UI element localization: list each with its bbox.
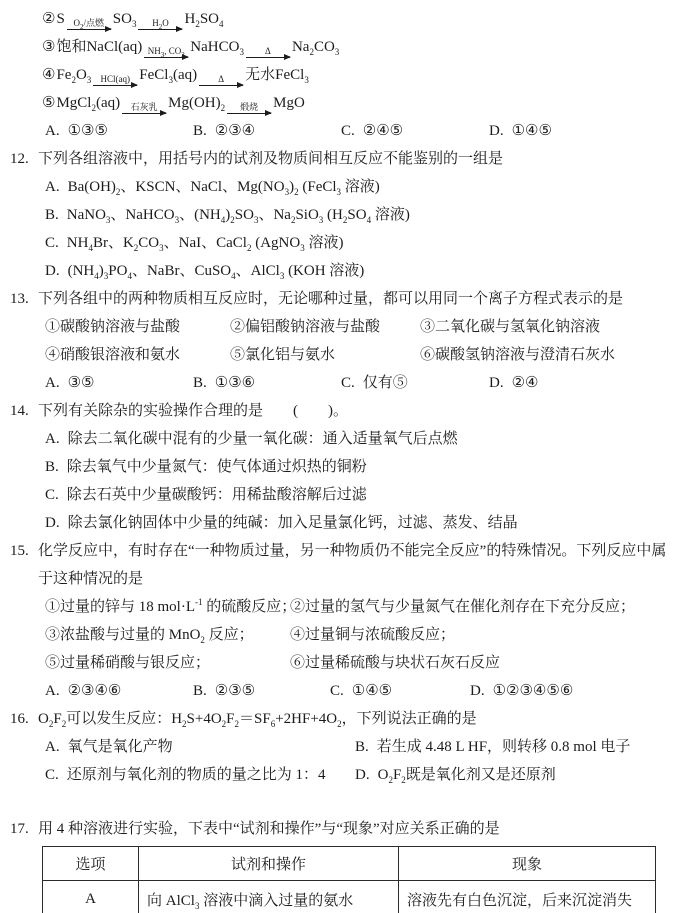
option: D.①④⑤ (489, 117, 667, 145)
reaction-arrow: O2/点燃 (67, 18, 111, 30)
option: A.②③④⑥ (45, 677, 193, 705)
arrow-condition-label: 煅烧 (237, 102, 261, 112)
items-row: B.除去氧气中少量氮气：使气体通过炽热的铜粉 (38, 453, 667, 481)
list-item: ①过量的锌与 18 mol·L-1 的硫酸反应； (45, 593, 290, 621)
option-text: NaNO3、NaHCO3、(NH4)2SO3、Na2SiO3 (H2SO4 溶液… (67, 207, 410, 223)
question-text: 下列各组溶液中，用括号内的试剂及物质间相互反应不能鉴别的一组是 (38, 151, 503, 167)
option-label: D. (355, 767, 370, 783)
equation-number: ② (42, 11, 55, 27)
option: C.②④⑤ (341, 117, 489, 145)
option: D.(NH4)3PO4、NaBr、CuSO4、AlCl3 (KOH 溶液) (45, 257, 667, 285)
option-text: ②③⑤ (215, 683, 255, 699)
arrow-shaft (138, 29, 182, 30)
option-label: B. (193, 123, 207, 139)
arrow-condition-label: H2O (149, 18, 172, 28)
equation-number: ③ (42, 39, 55, 55)
question-text: 下列各组中的两种物质相互反应时，无论哪种过量，都可以用同一个离子方程式表示的是 (38, 291, 623, 307)
question: 12.下列各组溶液中，用括号内的试剂及物质间相互反应不能鉴别的一组是A.Ba(O… (10, 145, 667, 285)
equation-number: ⑤ (42, 95, 55, 111)
option: C.仅有⑤ (341, 369, 489, 397)
option: C.还原剂与氧化剂的物质的量之比为 1：4 (45, 761, 355, 789)
arrow-shaft (227, 113, 271, 114)
list-item: ④硝酸银溶液和氨水 (45, 341, 230, 369)
option-label: A. (45, 375, 60, 391)
option-text: ②④ (512, 375, 539, 391)
option-text: Ba(OH)2、KSCN、NaCl、Mg(NO3)2 (FeCl3 溶液) (68, 179, 380, 195)
question: 17.用 4 种溶液进行实验，下表中“试剂和操作”与“现象”对应关系正确的是选项… (10, 815, 667, 913)
questions-block: 12.下列各组溶液中，用括号内的试剂及物质间相互反应不能鉴别的一组是A.Ba(O… (10, 145, 667, 913)
reaction-arrow: Δ (199, 74, 243, 86)
items-row: C.除去石英中少量碳酸钙：用稀盐酸溶解后过滤 (38, 481, 667, 509)
table-cell: A (43, 881, 139, 913)
question-number: 16. (10, 705, 37, 733)
chemical-formula: MgCl2(aq) (56, 95, 120, 111)
items-row: A.③⑤B.①③⑥C.仅有⑤D.②④ (38, 369, 667, 397)
chemical-formula: 无水FeCl3 (245, 67, 309, 83)
items-row: C.NH4Br、K2CO3、NaI、CaCl2 (AgNO3 溶液) (38, 229, 667, 257)
option-text: 还原剂与氧化剂的物质的量之比为 1：4 (67, 767, 326, 783)
question-number: 14. (10, 397, 37, 425)
option-text: ①③⑤ (68, 123, 108, 139)
items-row: B.NaNO3、NaHCO3、(NH4)2SO3、Na2SiO3 (H2SO4 … (38, 201, 667, 229)
option-text: ①④⑤ (352, 683, 392, 699)
option-label: A. (45, 431, 60, 447)
option-label: C. (45, 487, 59, 503)
items-row: A.②③④⑥B.②③⑤C.①④⑤D.①②③④⑤⑥ (38, 677, 667, 705)
arrow-condition-label: O2/点燃 (71, 18, 108, 28)
table-cell: 向 AlCl3 溶液中滴入过量的氨水 (139, 881, 399, 913)
option: C.除去石英中少量碳酸钙：用稀盐酸溶解后过滤 (45, 481, 667, 509)
option-label: B. (355, 739, 369, 755)
equations-block: ②SO2/点燃SO3H2OH2SO4③饱和NaCl(aq)NH3, CO2NaH… (42, 5, 667, 145)
option-text: ③⑤ (68, 375, 95, 391)
question-text: 用 4 种溶液进行实验，下表中“试剂和操作”与“现象”对应关系正确的是 (38, 821, 500, 837)
question-text: 化学反应中，有时存在“一种物质过量，另一种物质仍不能完全反应”的特殊情况。下列反… (38, 543, 666, 587)
question-number: 12. (10, 145, 37, 173)
items-row: D.除去氯化钠固体中少量的纯碱：加入足量氯化钙，过滤、蒸发、结晶 (38, 509, 667, 537)
list-item: ③浓盐酸与过量的 MnO2 反应； (45, 621, 290, 649)
option-text: 除去二氧化碳中混有的少量一氧化碳：通入适量氧气后点燃 (68, 431, 458, 447)
option-label: C. (45, 767, 59, 783)
option-label: B. (45, 207, 59, 223)
option: A.①③⑤ (45, 117, 193, 145)
option-text: ①③⑥ (215, 375, 255, 391)
option-label: B. (45, 459, 59, 475)
list-item: ⑥过量稀硫酸与块状石灰石反应 (290, 649, 667, 677)
list-item: ③二氧化碳与氢氧化钠溶液 (420, 313, 667, 341)
option-label: D. (45, 263, 60, 279)
table-header-cell: 现象 (399, 847, 656, 881)
option-text: ②④⑤ (363, 123, 403, 139)
option-text: 若生成 4.48 L HF，则转移 0.8 mol 电子 (377, 739, 631, 755)
question: 15.化学反应中，有时存在“一种物质过量，另一种物质仍不能完全反应”的特殊情况。… (10, 537, 667, 705)
arrow-condition-label: Δ (262, 46, 274, 56)
items-row: A.Ba(OH)2、KSCN、NaCl、Mg(NO3)2 (FeCl3 溶液) (38, 173, 667, 201)
chemical-formula: MgO (273, 95, 305, 111)
option-label: D. (470, 683, 485, 699)
option-text: 除去氯化钠固体中少量的纯碱：加入足量氯化钙，过滤、蒸发、结晶 (68, 515, 518, 531)
option: C.NH4Br、K2CO3、NaI、CaCl2 (AgNO3 溶液) (45, 229, 667, 257)
option: A.③⑤ (45, 369, 193, 397)
question-text: 下列有关除杂的实验操作合理的是 ( )。 (38, 403, 348, 419)
option-text: ②③④⑥ (68, 683, 122, 699)
experiment-table: 选项试剂和操作现象A向 AlCl3 溶液中滴入过量的氨水溶液先有白色沉淀，后来沉… (42, 846, 656, 913)
option: B.①③⑥ (193, 369, 341, 397)
items-row: ⑤过量稀硝酸与银反应；⑥过量稀硫酸与块状石灰石反应 (38, 649, 667, 677)
option-label: C. (45, 235, 59, 251)
option-text: (NH4)3PO4、NaBr、CuSO4、AlCl3 (KOH 溶液) (68, 263, 365, 279)
arrow-condition-label: Δ (215, 74, 227, 84)
option: C.①④⑤ (330, 677, 470, 705)
table-header-cell: 选项 (43, 847, 139, 881)
chemical-formula: H2SO4 (184, 11, 223, 27)
question-number: 13. (10, 285, 37, 313)
equation-line: ②SO2/点燃SO3H2OH2SO4 (42, 5, 667, 33)
exam-page: ②SO2/点燃SO3H2OH2SO4③饱和NaCl(aq)NH3, CO2NaH… (0, 0, 685, 913)
reaction-arrow: 石灰乳 (122, 102, 166, 114)
option: B.NaNO3、NaHCO3、(NH4)2SO3、Na2SiO3 (H2SO4 … (45, 201, 667, 229)
option-label: C. (341, 123, 355, 139)
option-text: ①④⑤ (512, 123, 552, 139)
items-row: C.还原剂与氧化剂的物质的量之比为 1：4D.O2F2既是氧化剂又是还原剂 (38, 761, 667, 789)
option: A.氧气是氧化产物 (45, 733, 355, 761)
arrow-shaft (93, 85, 137, 86)
chemical-formula: Mg(OH)2 (168, 95, 225, 111)
option-label: A. (45, 123, 60, 139)
list-item: ⑤氯化铝与氨水 (230, 341, 420, 369)
chemical-formula: Na2CO3 (292, 39, 339, 55)
option-text: O2F2既是氧化剂又是还原剂 (378, 767, 556, 783)
equation-line: ⑤MgCl2(aq)石灰乳Mg(OH)2煅烧MgO (42, 89, 667, 117)
chemical-formula: Fe2O3 (56, 67, 91, 83)
arrow-condition-label: HCl(aq) (98, 74, 134, 84)
reaction-arrow: H2O (138, 18, 182, 30)
option-label: A. (45, 739, 60, 755)
option: B.②③⑤ (193, 677, 330, 705)
items-row: ④硝酸银溶液和氨水⑤氯化铝与氨水⑥碳酸氢钠溶液与澄清石灰水 (38, 341, 667, 369)
option-text: ①②③④⑤⑥ (493, 683, 574, 699)
option-label: D. (489, 123, 504, 139)
items-row: ①过量的锌与 18 mol·L-1 的硫酸反应；②过量的氢气与少量氮气在催化剂存… (38, 593, 667, 621)
question: 13.下列各组中的两种物质相互反应时，无论哪种过量，都可以用同一个离子方程式表示… (10, 285, 667, 397)
arrow-shaft (122, 113, 166, 114)
arrow-shaft (144, 57, 188, 58)
question-number: 15. (10, 537, 37, 565)
chemical-formula: SO3 (113, 11, 137, 27)
list-item: ①碳酸钠溶液与盐酸 (45, 313, 230, 341)
option: D.②④ (489, 369, 667, 397)
items-row: D.(NH4)3PO4、NaBr、CuSO4、AlCl3 (KOH 溶液) (38, 257, 667, 285)
option-label: B. (193, 683, 207, 699)
table-header-cell: 试剂和操作 (139, 847, 399, 881)
table-cell: 溶液先有白色沉淀，后来沉淀消失 (399, 881, 656, 913)
option: A.除去二氧化碳中混有的少量一氧化碳：通入适量氧气后点燃 (45, 425, 667, 453)
equation-line: ③饱和NaCl(aq)NH3, CO2NaHCO3ΔNa2CO3 (42, 33, 667, 61)
items-row: A.氧气是氧化产物B.若生成 4.48 L HF，则转移 0.8 mol 电子 (38, 733, 667, 761)
items-row: A.①③⑤B.②③④C.②④⑤D.①④⑤ (42, 117, 667, 145)
option-text: 除去石英中少量碳酸钙：用稀盐酸溶解后过滤 (67, 487, 367, 503)
option-text: NH4Br、K2CO3、NaI、CaCl2 (AgNO3 溶液) (67, 235, 344, 251)
option-label: D. (489, 375, 504, 391)
option-label: C. (341, 375, 355, 391)
option-text: 仅有⑤ (363, 375, 408, 391)
items-row: A.除去二氧化碳中混有的少量一氧化碳：通入适量氧气后点燃 (38, 425, 667, 453)
option: D.除去氯化钠固体中少量的纯碱：加入足量氯化钙，过滤、蒸发、结晶 (45, 509, 667, 537)
option: A.Ba(OH)2、KSCN、NaCl、Mg(NO3)2 (FeCl3 溶液) (45, 173, 667, 201)
chemical-formula: S (56, 11, 64, 27)
arrow-shaft (199, 85, 243, 86)
reaction-arrow: HCl(aq) (93, 74, 137, 86)
option: B.若生成 4.48 L HF，则转移 0.8 mol 电子 (355, 733, 667, 761)
reaction-arrow: NH3, CO2 (144, 46, 188, 58)
question-text: O2F2可以发生反应：H2S+4O2F2＝SF6+2HF+4O2，下列说法正确的… (38, 711, 477, 727)
option: B.②③④ (193, 117, 341, 145)
equation-number: ④ (42, 67, 55, 83)
list-item: ②过量的氢气与少量氮气在催化剂存在下充分反应； (290, 593, 667, 621)
table-row: A向 AlCl3 溶液中滴入过量的氨水溶液先有白色沉淀，后来沉淀消失 (43, 881, 656, 913)
items-row: ③浓盐酸与过量的 MnO2 反应；④过量铜与浓硫酸反应； (38, 621, 667, 649)
option: B.除去氧气中少量氮气：使气体通过炽热的铜粉 (45, 453, 667, 481)
reaction-arrow: 煅烧 (227, 102, 271, 114)
arrow-shaft (246, 57, 290, 58)
chemical-formula: 饱和NaCl(aq) (56, 39, 142, 55)
arrow-shaft (67, 29, 111, 30)
items-row: ①碳酸钠溶液与盐酸②偏铝酸钠溶液与盐酸③二氧化碳与氢氧化钠溶液 (38, 313, 667, 341)
arrow-condition-label: 石灰乳 (128, 102, 161, 112)
equation-line: ④Fe2O3HCl(aq)FeCl3(aq)Δ无水FeCl3 (42, 61, 667, 89)
option: D.①②③④⑤⑥ (470, 677, 667, 705)
table-header-row: 选项试剂和操作现象 (43, 847, 656, 881)
question: 16.O2F2可以发生反应：H2S+4O2F2＝SF6+2HF+4O2，下列说法… (10, 705, 667, 789)
option-label: D. (45, 515, 60, 531)
question-number: 17. (10, 815, 37, 843)
option-label: A. (45, 683, 60, 699)
table-head: 选项试剂和操作现象 (43, 847, 656, 881)
option-text: 氧气是氧化产物 (68, 739, 173, 755)
list-item: ②偏铝酸钠溶液与盐酸 (230, 313, 420, 341)
reaction-arrow: Δ (246, 46, 290, 58)
chemical-formula: NaHCO3 (190, 39, 244, 55)
list-item: ④过量铜与浓硫酸反应； (290, 621, 667, 649)
option-label: B. (193, 375, 207, 391)
chemical-formula: FeCl3(aq) (139, 67, 197, 83)
option-label: A. (45, 179, 60, 195)
list-item: ⑤过量稀硝酸与银反应； (45, 649, 290, 677)
list-item: ⑥碳酸氢钠溶液与澄清石灰水 (420, 341, 667, 369)
table-body: A向 AlCl3 溶液中滴入过量的氨水溶液先有白色沉淀，后来沉淀消失 (43, 881, 656, 913)
option: D.O2F2既是氧化剂又是还原剂 (355, 761, 667, 789)
option-text: 除去氧气中少量氮气：使气体通过炽热的铜粉 (67, 459, 367, 475)
option-text: ②③④ (215, 123, 255, 139)
option-label: C. (330, 683, 344, 699)
question: 14.下列有关除杂的实验操作合理的是 ( )。A.除去二氧化碳中混有的少量一氧化… (10, 397, 667, 537)
